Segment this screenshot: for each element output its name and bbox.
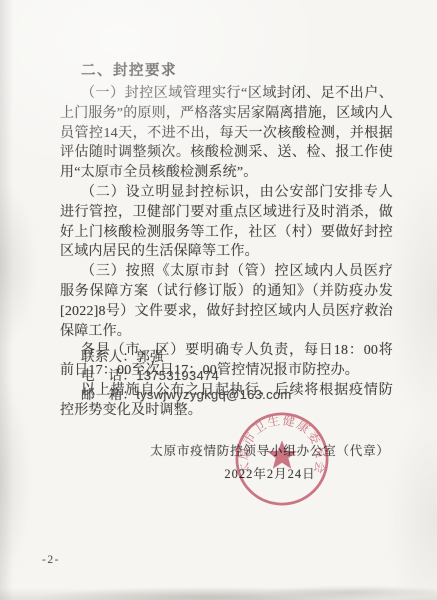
contact-phone-line: 电 话：13753193474 bbox=[81, 367, 292, 386]
seal-star-icon bbox=[267, 440, 297, 468]
paragraph-3: （三）按照《太原市封（管）控区域内人员医疗服务保障方案（试行修订版）的通知》（并… bbox=[60, 262, 393, 341]
scanned-document-page: 二、封控要求 （一）封控区域管理实行“区域封闭、足不出户、上门服务”的原则，严格… bbox=[0, 0, 437, 600]
section-heading: 二、封控要求 bbox=[60, 59, 393, 84]
contact-phone-label: 电 话： bbox=[81, 368, 136, 383]
contact-person-label: 联系人： bbox=[81, 349, 136, 364]
contact-person-value: 郭强 bbox=[136, 349, 164, 364]
contact-person-line: 联系人：郭强 bbox=[81, 348, 292, 367]
contact-email-line: 邮 箱：tyswjwyzygkgq@163.com bbox=[81, 386, 292, 405]
paragraph-2: （二）设立明显封控标识，由公安部门安排专人进行管控，卫健部门要对重点区域进行及时… bbox=[60, 183, 393, 262]
page-number: -2- bbox=[42, 554, 60, 566]
paragraph-1: （一）封控区域管理实行“区域封闭、足不出户、上门服务”的原则，严格落实居家隔离措… bbox=[60, 84, 393, 183]
official-seal-stamp: 太原市卫生健康委员会 bbox=[233, 410, 331, 508]
contact-phone-value: 13753193474 bbox=[136, 368, 219, 383]
contact-email-label: 邮 箱： bbox=[81, 387, 136, 402]
contact-email-value: tyswjwyzygkgq@163.com bbox=[136, 387, 291, 402]
contact-block: 联系人：郭强 电 话：13753193474 邮 箱：tyswjwyzygkgq… bbox=[81, 348, 292, 405]
